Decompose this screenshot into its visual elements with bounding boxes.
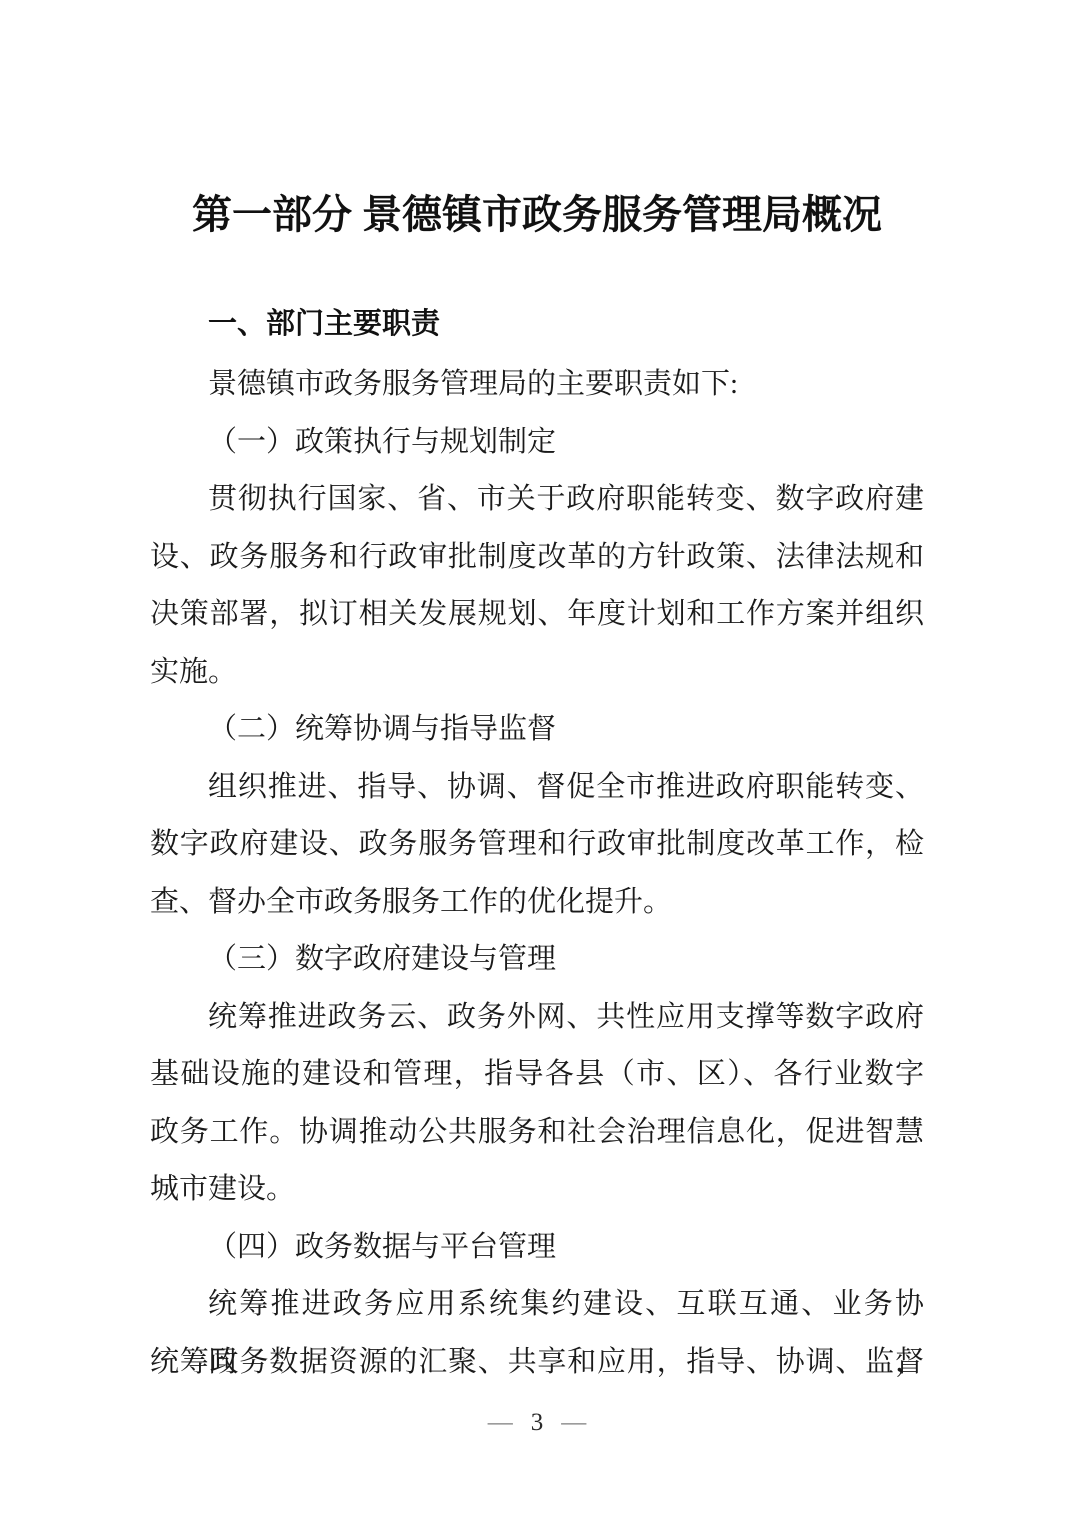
body-line: 数字政府建设、政务服务管理和行政审批制度改革工作，检 [150, 816, 924, 874]
body-line: 景德镇市政务服务管理局的主要职责如下: [150, 356, 924, 414]
page-footer: —3— [150, 1407, 924, 1439]
footer-dash-left: — [488, 1409, 513, 1436]
document-body: 景德镇市政务服务管理局的主要职责如下:（一）政策执行与规划制定贯彻执行国家、省、… [150, 356, 924, 1391]
subheading-line: （三）数字政府建设与管理 [150, 931, 924, 989]
body-line: 基础设施的建设和管理，指导各县（市、区）、各行业数字 [150, 1046, 924, 1104]
body-line: 查、督办全市政务服务工作的优化提升。 [150, 874, 924, 932]
body-line: 贯彻执行国家、省、市关于政府职能转变、数字政府建 [150, 471, 924, 529]
body-line: 城市建设。 [150, 1161, 924, 1219]
subheading-line: （二）统筹协调与指导监督 [150, 701, 924, 759]
document-title: 第一部分 景德镇市政务服务管理局概况 [150, 190, 924, 240]
footer-dash-right: — [561, 1409, 586, 1436]
body-line: 统筹推进政务云、政务外网、共性应用支撑等数字政府 [150, 989, 924, 1047]
body-line: 设、政务服务和行政审批制度改革的方针政策、法律法规和 [150, 529, 924, 587]
body-line: 统筹推进政务应用系统集约建设、互联互通、业务协同， [150, 1276, 924, 1334]
body-line: 实施。 [150, 644, 924, 702]
body-line: 决策部署，拟订相关发展规划、年度计划和工作方案并组织 [150, 586, 924, 644]
body-line: 统筹政务数据资源的汇聚、共享和应用，指导、协调、监督 [150, 1334, 924, 1392]
page-number: 3 [531, 1409, 544, 1436]
section-heading: 一、部门主要职责 [150, 306, 924, 342]
subheading-line: （一）政策执行与规划制定 [150, 414, 924, 472]
body-line: 政务工作。协调推动公共服务和社会治理信息化，促进智慧 [150, 1104, 924, 1162]
document-page: 第一部分 景德镇市政务服务管理局概况 一、部门主要职责 景德镇市政务服务管理局的… [0, 0, 1074, 1520]
subheading-line: （四）政务数据与平台管理 [150, 1219, 924, 1277]
body-line: 组织推进、指导、协调、督促全市推进政府职能转变、 [150, 759, 924, 817]
